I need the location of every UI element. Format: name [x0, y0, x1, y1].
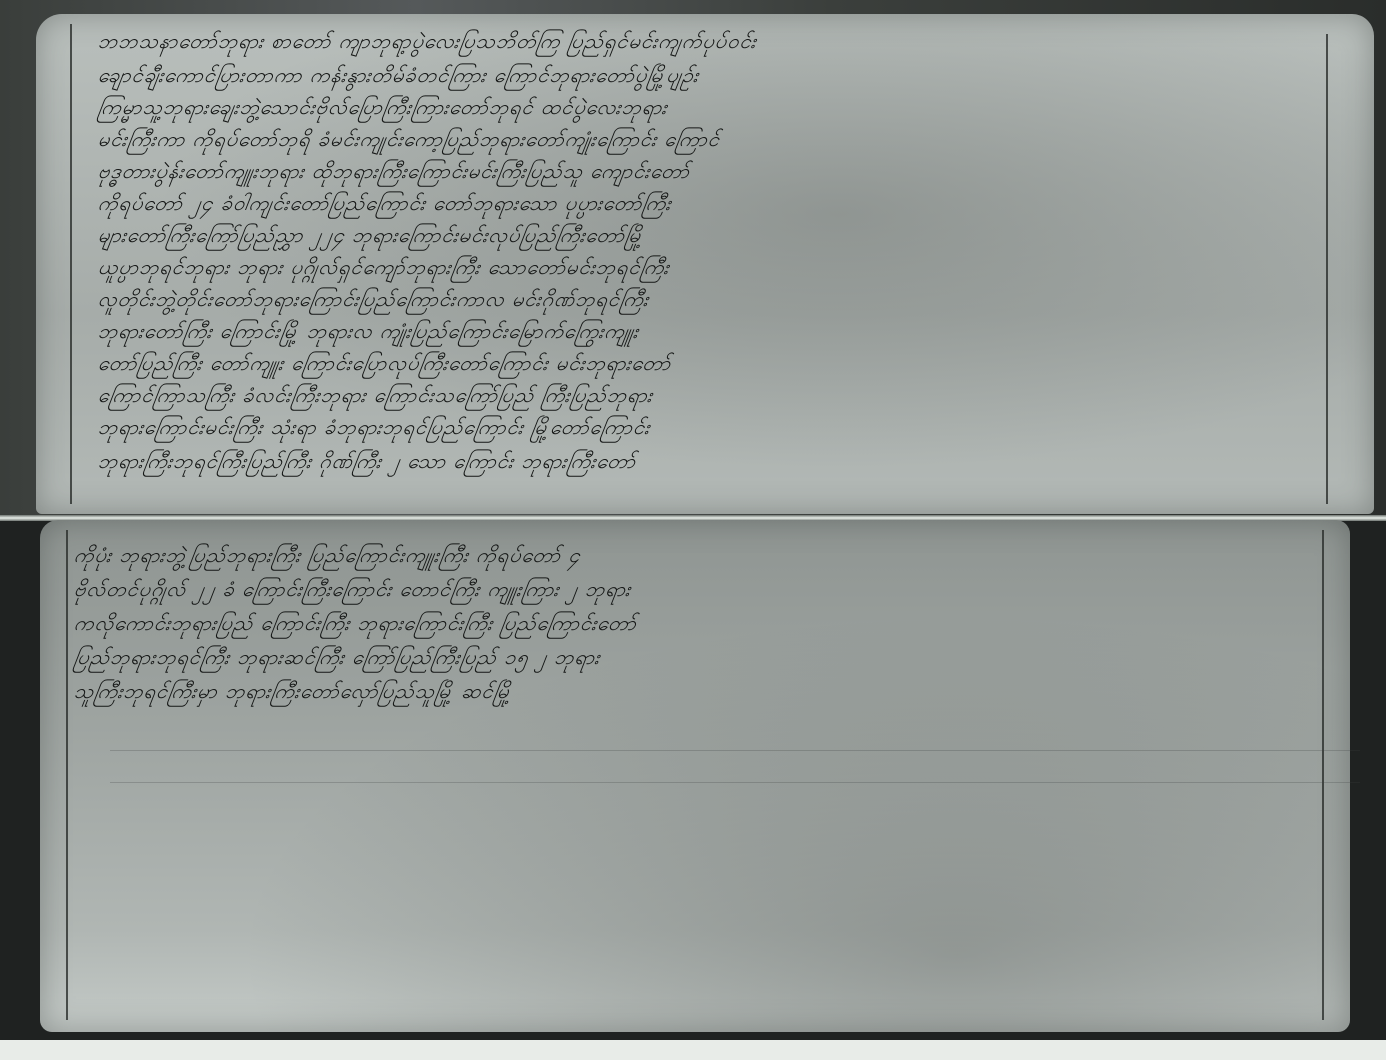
manuscript-line: ချောင်ချီးကောင်ပြားတာကာ ကန်းနွားတိမ်ခံတင…	[96, 62, 1328, 92]
manuscript-line: ကြမ္မာသူ့ဘုရားချေးဘွဲ့သောင်းဗိုလ်ပြောကြီ…	[96, 94, 1328, 124]
manuscript-line: တော်ပြည်ကြီး တော်ကျူး ကြောင်းပြောလုပ်ကြီ…	[96, 350, 1328, 380]
manuscript-line: ဘုရားတော်ကြီး ကြောင်းမြို့ ဘုရားလ ကျုံးပ…	[96, 318, 1328, 348]
left-margin-rule	[70, 24, 72, 504]
bottom-edge-strip	[0, 1040, 1386, 1060]
manuscript-line: ကိုပုံး ဘုရားဘွဲ့ပြည်ဘုရားကြီး ပြည်ကြောင…	[72, 542, 1298, 572]
manuscript-line: သူကြီးဘုရင်ကြီးမှာ ဘုရားကြီးတော်လှော်ပြည…	[72, 678, 606, 708]
manuscript-page-bottom: ကိုပုံး ဘုရားဘွဲ့ပြည်ဘုရားကြီး ပြည်ကြောင…	[40, 520, 1350, 1032]
manuscript-line: ကလိုကောင်းဘုရားပြည် ကြောင်းကြီး ဘုရားကြေ…	[72, 610, 1298, 640]
manuscript-line: လူတိုင်းဘွဲ့တိုင်းတော်ဘုရားကြောင်းပြည်ကြ…	[96, 286, 1328, 316]
manuscript-line: ဘဘသနာတော်ဘုရား စာတော် ကျာဘုရာ့ပွဲလေးပြသဘ…	[96, 28, 1328, 58]
top-page-text: ဘဘသနာတော်ဘုရား စာတော် ကျာဘုရာ့ပွဲလေးပြသဘ…	[98, 28, 1326, 498]
left-margin-rule	[66, 530, 68, 1020]
manuscript-line: ကိုရပ်တော် ၂၄ ခံဝါကျင်းတော်ပြည်ကြောင်း တ…	[96, 190, 1328, 220]
faint-rule	[110, 782, 1360, 783]
manuscript-line: များတော်ကြီးကြော်ပြည်ညွှာ ၂၂၄ ဘုရားကြောင…	[96, 222, 1328, 252]
faint-rule	[110, 750, 1360, 751]
manuscript-line: ကြောင်ကြာသကြီး ခံလင်းကြီးဘုရား ကြောင်းသက…	[96, 382, 1328, 412]
manuscript-line: မင်းကြီးကာ ကိုရပ်တော်ဘုရိ ခံမင်းကျုင်းကေ…	[96, 126, 1328, 156]
manuscript-line: ဗုဒ္ဓတားပွဲန်းတော်ကျူးဘုရား ထိုဘုရားကြီး…	[96, 158, 1328, 188]
manuscript-line: ပြည်ဘုရားဘုရင်ကြီး ဘုရားဆင်ကြီး ကြော်ပြည…	[72, 644, 1298, 674]
manuscript-line: ဗိုလ်တင်ပုဂ္ဂိုလ် ၂၂ ခံ ကြောင်းကြီးကြောင…	[72, 576, 1298, 606]
manuscript-line: ဘုရားကြောင်းမင်းကြီး သုံးရာ ခံဘုရားဘုရင်…	[96, 414, 1328, 444]
bottom-page-text: ကိုပုံး ဘုရားဘွဲ့ပြည်ဘုရားကြီး ပြည်ကြောင…	[74, 542, 1324, 722]
manuscript-page-top: ဘဘသနာတော်ဘုရား စာတော် ကျာဘုရာ့ပွဲလေးပြသဘ…	[36, 14, 1374, 514]
manuscript-line: ယူပ္ပာဘုရင်ဘုရား ဘုရား ပုဂ္ဂိုလ်ရှင်ကျော…	[96, 254, 1328, 284]
manuscript-line: ဘုရားကြီးဘုရင်ကြီးပြည်ကြီး ဂိုဏ်ကြီး ၂ သ…	[96, 448, 1060, 478]
